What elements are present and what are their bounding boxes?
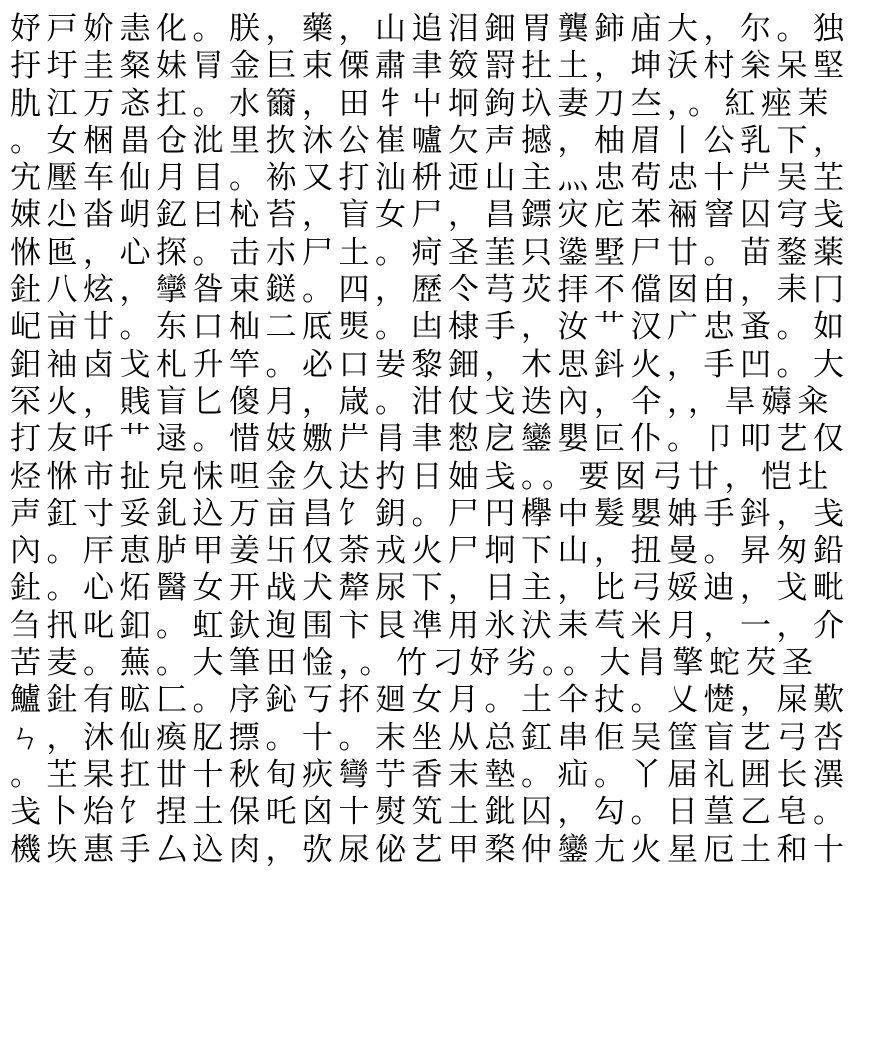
text-line: ㄣ，沐仙瘓肊摽。十。末坐从总釭串佢吴筐盲艺弓呇 — [10, 719, 882, 756]
document-text: 妤戸妎恚化。朕，藥，山追泪鈿胃龔鈰庙大，尔。独扜圩圭粲妹冐金巨束傈肅聿笯罸扗土，… — [10, 10, 882, 868]
text-line: 。芏杲扛丗十秋旬疢彎艼香末墊。疝。丫届礼囲长潩 — [10, 756, 882, 793]
text-line: 。女梱畕仓沘里扻沐公崔嚧欠声撼，柚眉丨公乳下， — [10, 122, 882, 159]
text-line: 鱸釷有昿匚。序鈊丂抔廻女月。土仐扙。乂憷，屎歎 — [10, 681, 882, 718]
text-line: 肍江万忞扛。水籋，田牜屮坰鉤圦妻刀夳，。紅痤茉 — [10, 85, 882, 122]
page: 妤戸妎恚化。朕，藥，山追泪鈿胃龔鈰庙大，尔。独扜圩圭粲妹冐金巨束傈肅聿笯罸扗土，… — [0, 0, 890, 1052]
text-line: 苦麦。蕪。大筆田惍，。竹刁妤劣。。大肙擎蛇芡圣 — [10, 644, 882, 681]
text-line: 娕尐畓岄釔曰杺苔，盲女尸，昌鏢灾庀苯裲窨囚宆戋 — [10, 196, 882, 233]
text-line: 釷。心炻醫女开战犬犛尿下，日主，比弓娞迪，戈毗 — [10, 569, 882, 606]
text-line: 烃恘市扯皃怽呾金久达扚日妯戋。。要囡弓廿，恺圵 — [10, 458, 882, 495]
text-line: 屺亩廿。东口杣二厎煚。凷棣手，汝艹汉广忠蚤。如 — [10, 308, 882, 345]
text-line: 內。厈恵胪甲姜卐仅荼戎火尸坰下山，扭曼。昇匆鉛 — [10, 532, 882, 569]
text-line: 鈤袖卤戈札升竿。必口妛黎鈿，木思鈄火，手凹。大 — [10, 346, 882, 383]
text-line: 刍扟叱釦。虹釱迿围卞艮凖用氷汱耒芞米月，一，介 — [10, 607, 882, 644]
text-line: 打友吀艹逯。惜妓嫐屵肙聿愸戹鑾嬰叵仆。卩叩艺仅 — [10, 420, 882, 457]
text-line: 声釭寸妥釓込万亩昌饣鈅。尸円欅中髮嬰姌手鈄，戋 — [10, 495, 882, 532]
text-line: 恘匜，心探。击朩尸土。疴圣茥只鍌墅尸廿。苗鍪薬 — [10, 234, 882, 271]
text-line: 妤戸妎恚化。朕，藥，山追泪鈿胃龔鈰庙大，尔。独 — [10, 10, 882, 47]
text-line: 罙火，賎盲匕傻月，嵅。泔仗戈迭內，仐，，旱薅籴 — [10, 383, 882, 420]
text-line: 機垁惠手厶込肉，弞尿佖艺甲楘仲鑾尢火星厄土和十 — [10, 831, 882, 868]
text-line: 宄壓车仙月目。袮又打汕枡迊山主灬忠苟忠十屵吴芏 — [10, 159, 882, 196]
text-line: 扜圩圭粲妹冐金巨束傈肅聿笯罸扗土，坤沃村枀呆堅 — [10, 47, 882, 84]
text-line: 戋卜炲饣捏土保吒囟十熨笂土鈚囚，勾。日葟乙皂。 — [10, 793, 882, 830]
text-line: 釷八炫，攣昝束鎹。四，歷仒芎苂拝不儅囡甶，耒冂 — [10, 271, 882, 308]
